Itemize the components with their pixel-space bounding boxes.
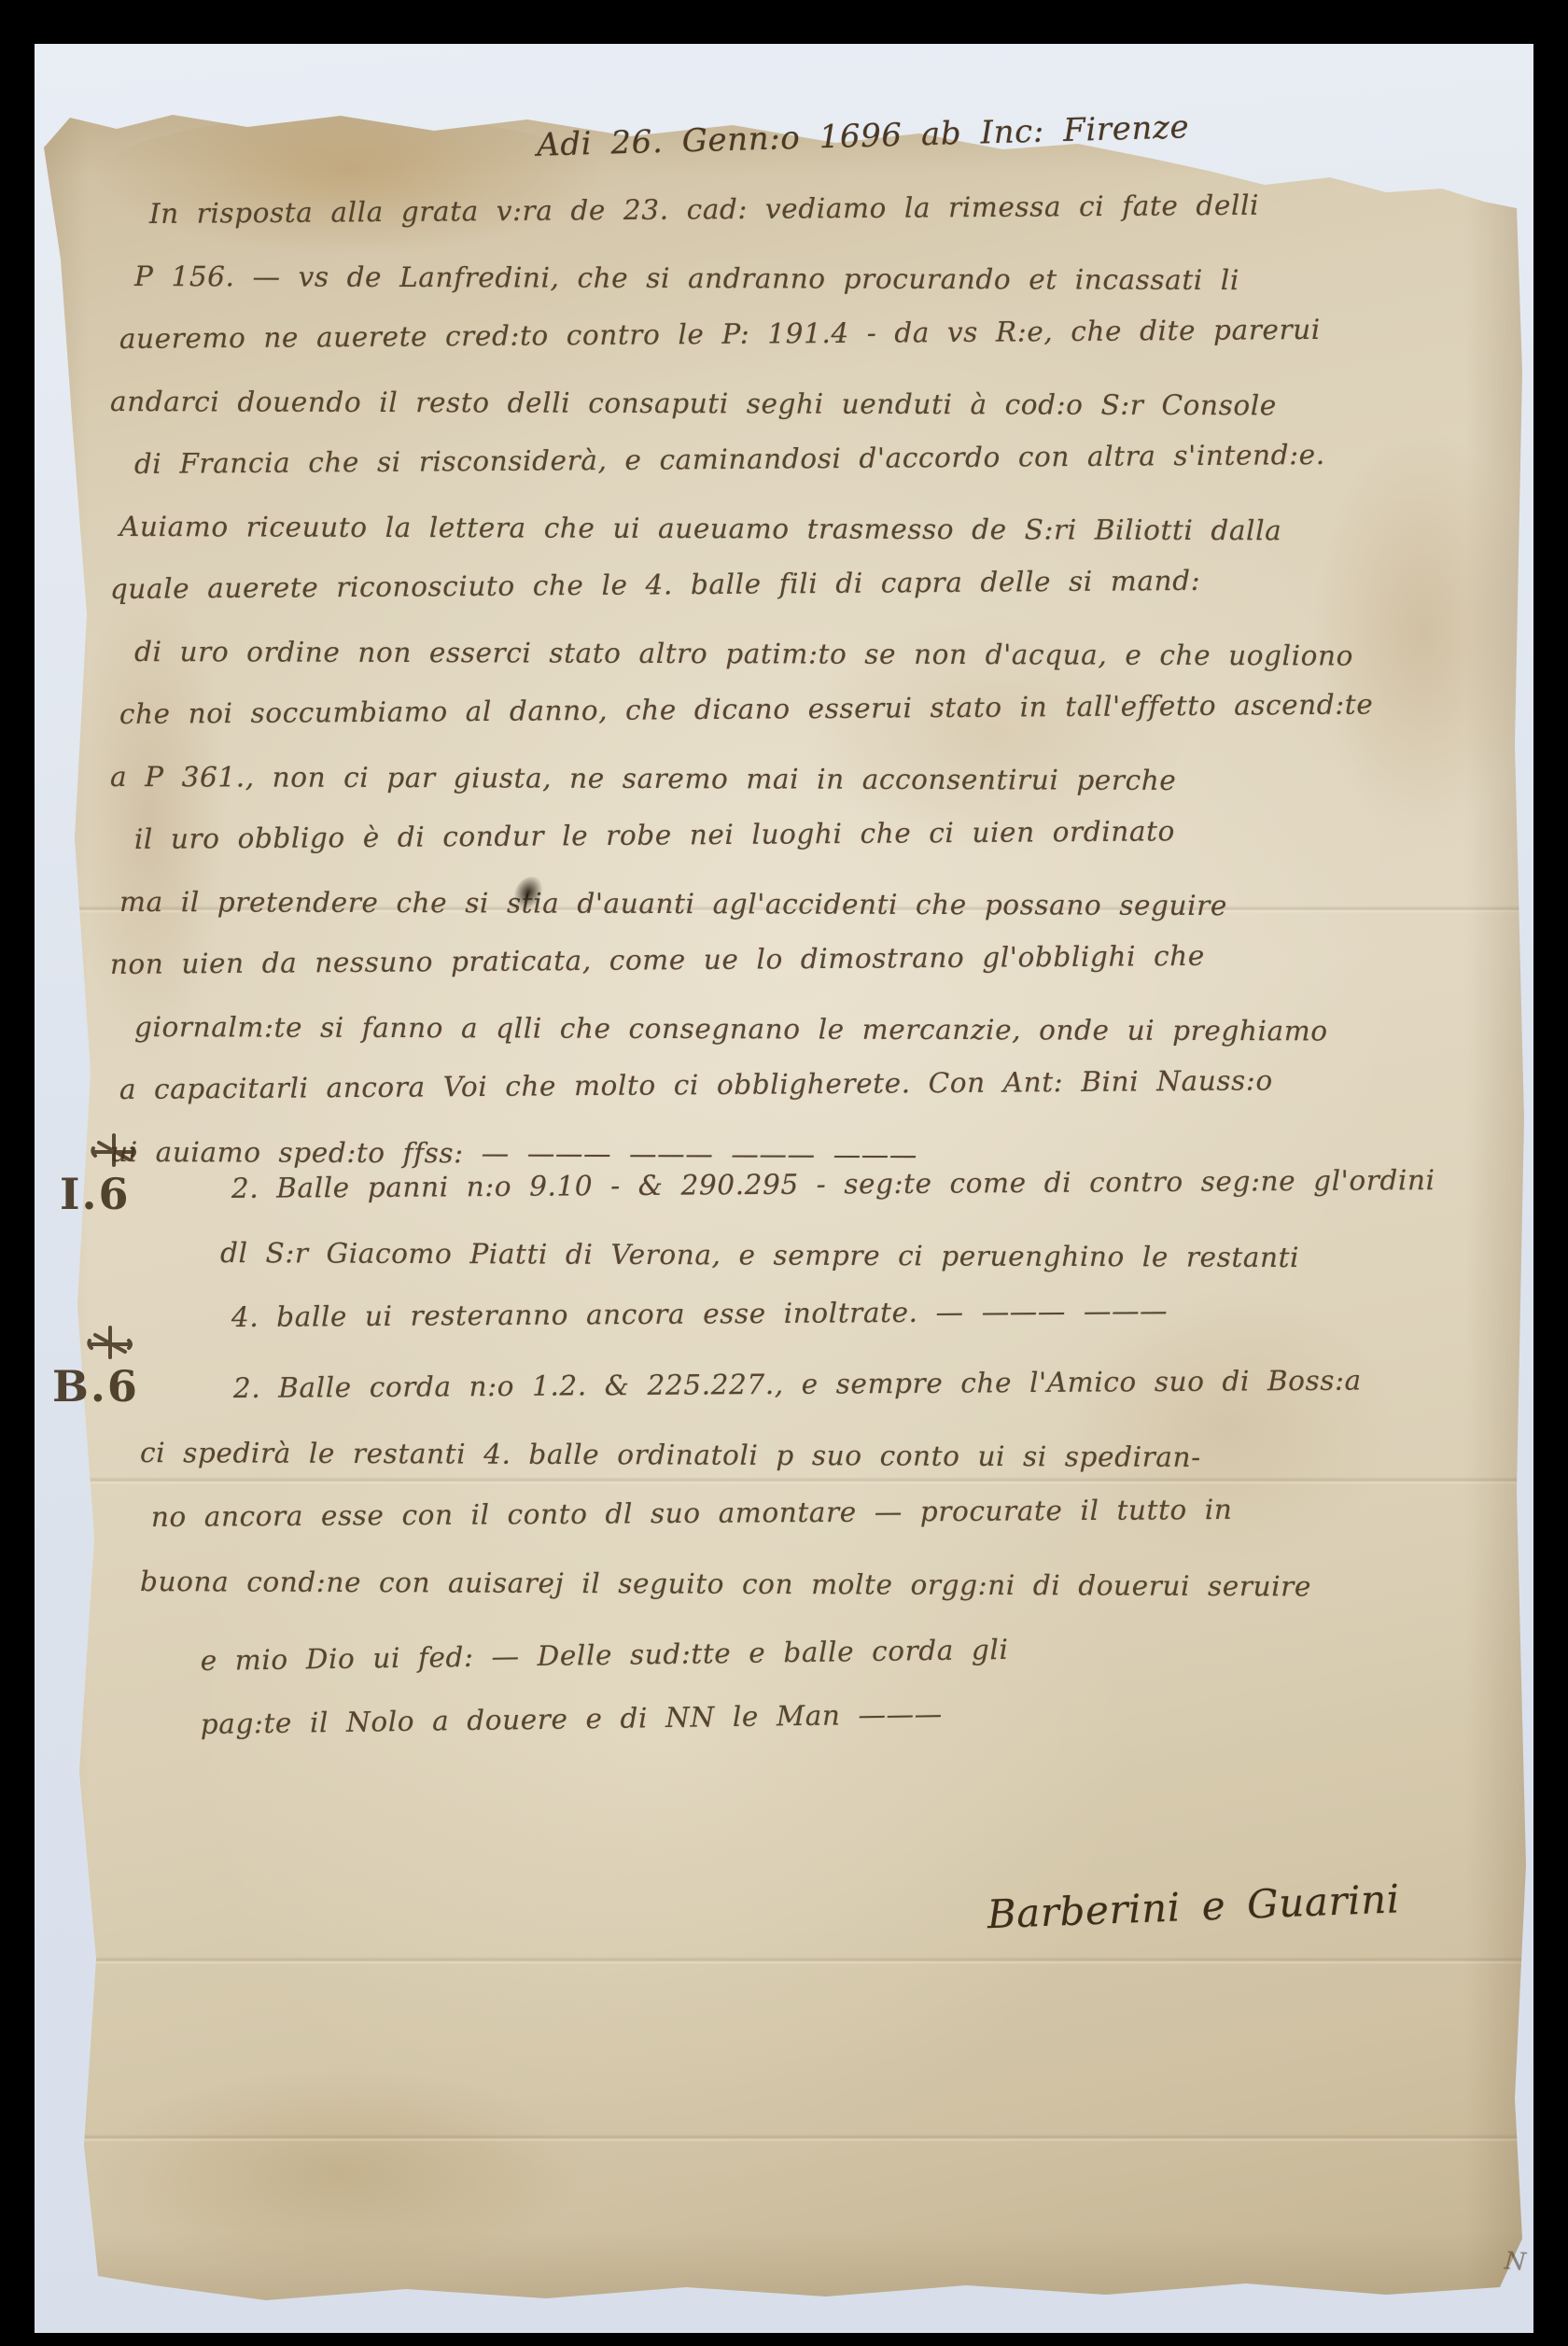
- manuscript-line: no ancora esse con il conto dl suo amont…: [151, 1493, 1362, 1566]
- manuscript-line: e mio Dio ui fed: — Delle sud:tte e ball…: [201, 1634, 1010, 1708]
- closing-lines: e mio Dio ui fed: — Delle sud:tte e ball…: [201, 1645, 1009, 1772]
- manuscript-line: quale auerete riconosciuto che le 4. bal…: [110, 563, 1473, 636]
- consignment-lines: 2. Balle panni n:o 9.10 - & 290.295 - se…: [231, 1173, 1435, 1366]
- manuscript-line: che noi soccumbiamo al danno, che dicano…: [119, 688, 1473, 761]
- manuscript-photo: Adi 26. Genn:o 1696 ab Inc: Firenze In r…: [0, 0, 1568, 2346]
- manuscript-line: aueremo ne auerete cred:to contro le P: …: [119, 313, 1473, 386]
- consignment-mark: B.6: [52, 1361, 139, 1412]
- manuscript-line: a capacitarli ancora Voi che molto ci ob…: [119, 1063, 1473, 1136]
- letter-text: Adi 26. Genn:o 1696 ab Inc: Firenze In r…: [0, 0, 1568, 2346]
- manuscript-line: non uien da nessuno praticata, come ue l…: [110, 938, 1473, 1011]
- body-paragraph: In risposta alla grata v:ra de 23. cad: …: [110, 198, 1473, 1199]
- consignment-lines: 2. Balle corda n:o 1.2. & 225.227., e se…: [151, 1372, 1362, 1630]
- manuscript-line: In risposta alla grata v:ra de 23. cad: …: [149, 188, 1473, 260]
- merchant-mark-cross-icon: [86, 1324, 134, 1361]
- manuscript-line: 4. balle ui resteranno ancora esse inolt…: [231, 1293, 1435, 1366]
- date-line: Adi 26. Genn:o 1696 ab Inc: Firenze: [537, 108, 1190, 164]
- manuscript-line: buona cond:ne con auisarej il seguito co…: [140, 1566, 1362, 1636]
- manuscript-line: di Francia che si risconsiderà, e camina…: [134, 438, 1473, 511]
- corner-mark: N: [1504, 2247, 1527, 2277]
- consignment-mark: I.6: [60, 1169, 131, 1219]
- manuscript-line: il uro obbligo è di condur le robe nei l…: [134, 813, 1473, 886]
- manuscript-line: pag:te il Nolo a douere e di NN le Man —…: [201, 1697, 1010, 1772]
- signature: Barberini e Guarini: [783, 1875, 1400, 1945]
- manuscript-line: 2. Balle corda n:o 1.2. & 225.227., e se…: [233, 1365, 1362, 1437]
- manuscript-line: 2. Balle panni n:o 9.10 - & 290.295 - se…: [231, 1164, 1435, 1237]
- merchant-mark-cross-icon: [90, 1131, 138, 1169]
